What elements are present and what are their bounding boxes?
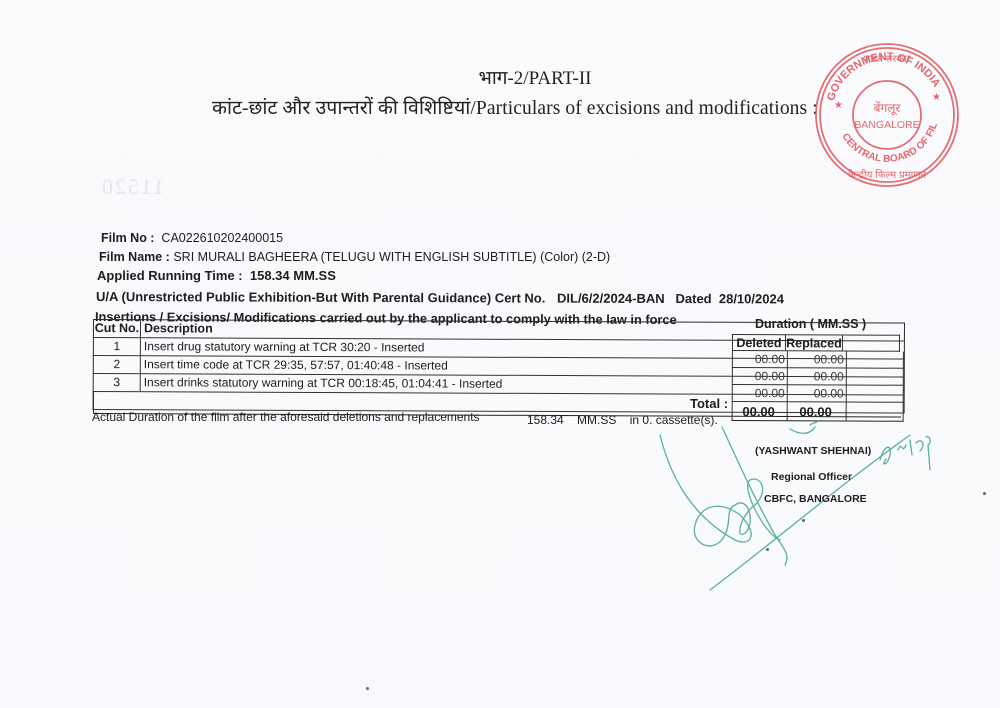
ink-dot — [983, 492, 986, 495]
stamp-top-hindi: भारत सरकार — [863, 54, 911, 65]
applied-running-time: Applied Running Time : 158.34 MM.SS — [97, 268, 336, 283]
cut-no: 1 — [94, 338, 141, 355]
ink-dot — [802, 519, 805, 522]
col-deleted: Deleted — [732, 334, 786, 351]
actual-duration-unit: MM.SS — [577, 413, 616, 427]
duration-table: Deleted Replaced 00.00 00.00 00.00 00.00… — [732, 334, 904, 422]
signatory-designation: Regional Officer — [771, 471, 852, 483]
actual-duration-label: Actual Duration of the film after the af… — [92, 410, 480, 424]
cert-number: DIL/6/2/2024-BAN — [557, 291, 665, 306]
film-no-value: CA022610202400015 — [161, 231, 283, 245]
col-cut-no: Cut No. — [94, 320, 141, 337]
duration-row: 00.00 00.00 — [732, 351, 904, 369]
running-time-value: 158.34 MM.SS — [250, 268, 336, 283]
star-icon: ★ — [834, 100, 843, 111]
replaced-value: 00.00 — [788, 368, 847, 385]
film-name: Film Name : SRI MURALI BAGHEERA (TELUGU … — [99, 250, 610, 264]
cert-category: U/A (Unrestricted Public Exhibition-But … — [96, 289, 545, 306]
dated-label: Dated — [675, 291, 711, 306]
duration-row: 00.00 00.00 — [732, 385, 904, 403]
film-no: Film No : CA022610202400015 — [101, 231, 283, 245]
stamp-center-hindi: बेंगलूर — [874, 101, 902, 116]
deleted-value: 00.00 — [732, 385, 788, 402]
cert-date: 28/10/2024 — [719, 291, 784, 306]
bleed-through-number: 11520 — [100, 174, 164, 200]
cbfc-stamp: GOVERNMENT OF INDIA CENTRAL BOARD OF FIL… — [812, 40, 962, 190]
deleted-value: 00.00 — [732, 351, 788, 368]
star-icon: ★ — [932, 92, 941, 103]
total-label: Total : — [690, 396, 728, 411]
film-no-label: Film No : — [101, 231, 154, 245]
certificate-page: भाग-2/PART-II कांट-छांट और उपान्तरों की … — [0, 0, 1000, 708]
deleted-value: 00.00 — [732, 368, 788, 385]
running-time-label: Applied Running Time : — [97, 268, 243, 283]
ink-dot — [366, 687, 369, 690]
film-name-label: Film Name : — [99, 250, 170, 264]
signature-icon: 28/10/24 — [640, 415, 940, 595]
duration-row: 00.00 00.00 — [732, 368, 904, 386]
col-replaced: Replaced — [786, 334, 843, 351]
stamp-center: BANGALORE — [854, 119, 919, 131]
cut-no: 2 — [94, 356, 141, 373]
stamp-bottom-hindi: केन्द्रीय फिल्म प्रमाणन — [848, 169, 926, 181]
replaced-value: 00.00 — [788, 385, 847, 402]
duration-header-row: Deleted Replaced — [732, 334, 904, 352]
cut-no — [94, 392, 140, 409]
film-name-value: SRI MURALI BAGHEERA (TELUGU WITH ENGLISH… — [173, 250, 610, 264]
signatory-name: (YASHWANT SHEHNAI) — [755, 445, 871, 457]
signatory-office: CBFC, BANGALORE — [764, 493, 867, 505]
replaced-value: 00.00 — [788, 351, 847, 368]
section-title: कांट-छांट और उपान्तरों की विशिष्टियां/Pa… — [212, 93, 818, 120]
actual-duration-value: 158.34 — [527, 413, 564, 427]
cut-no: 3 — [94, 374, 141, 391]
certificate-line: U/A (Unrestricted Public Exhibition-But … — [96, 289, 784, 306]
ink-dot — [766, 548, 769, 551]
